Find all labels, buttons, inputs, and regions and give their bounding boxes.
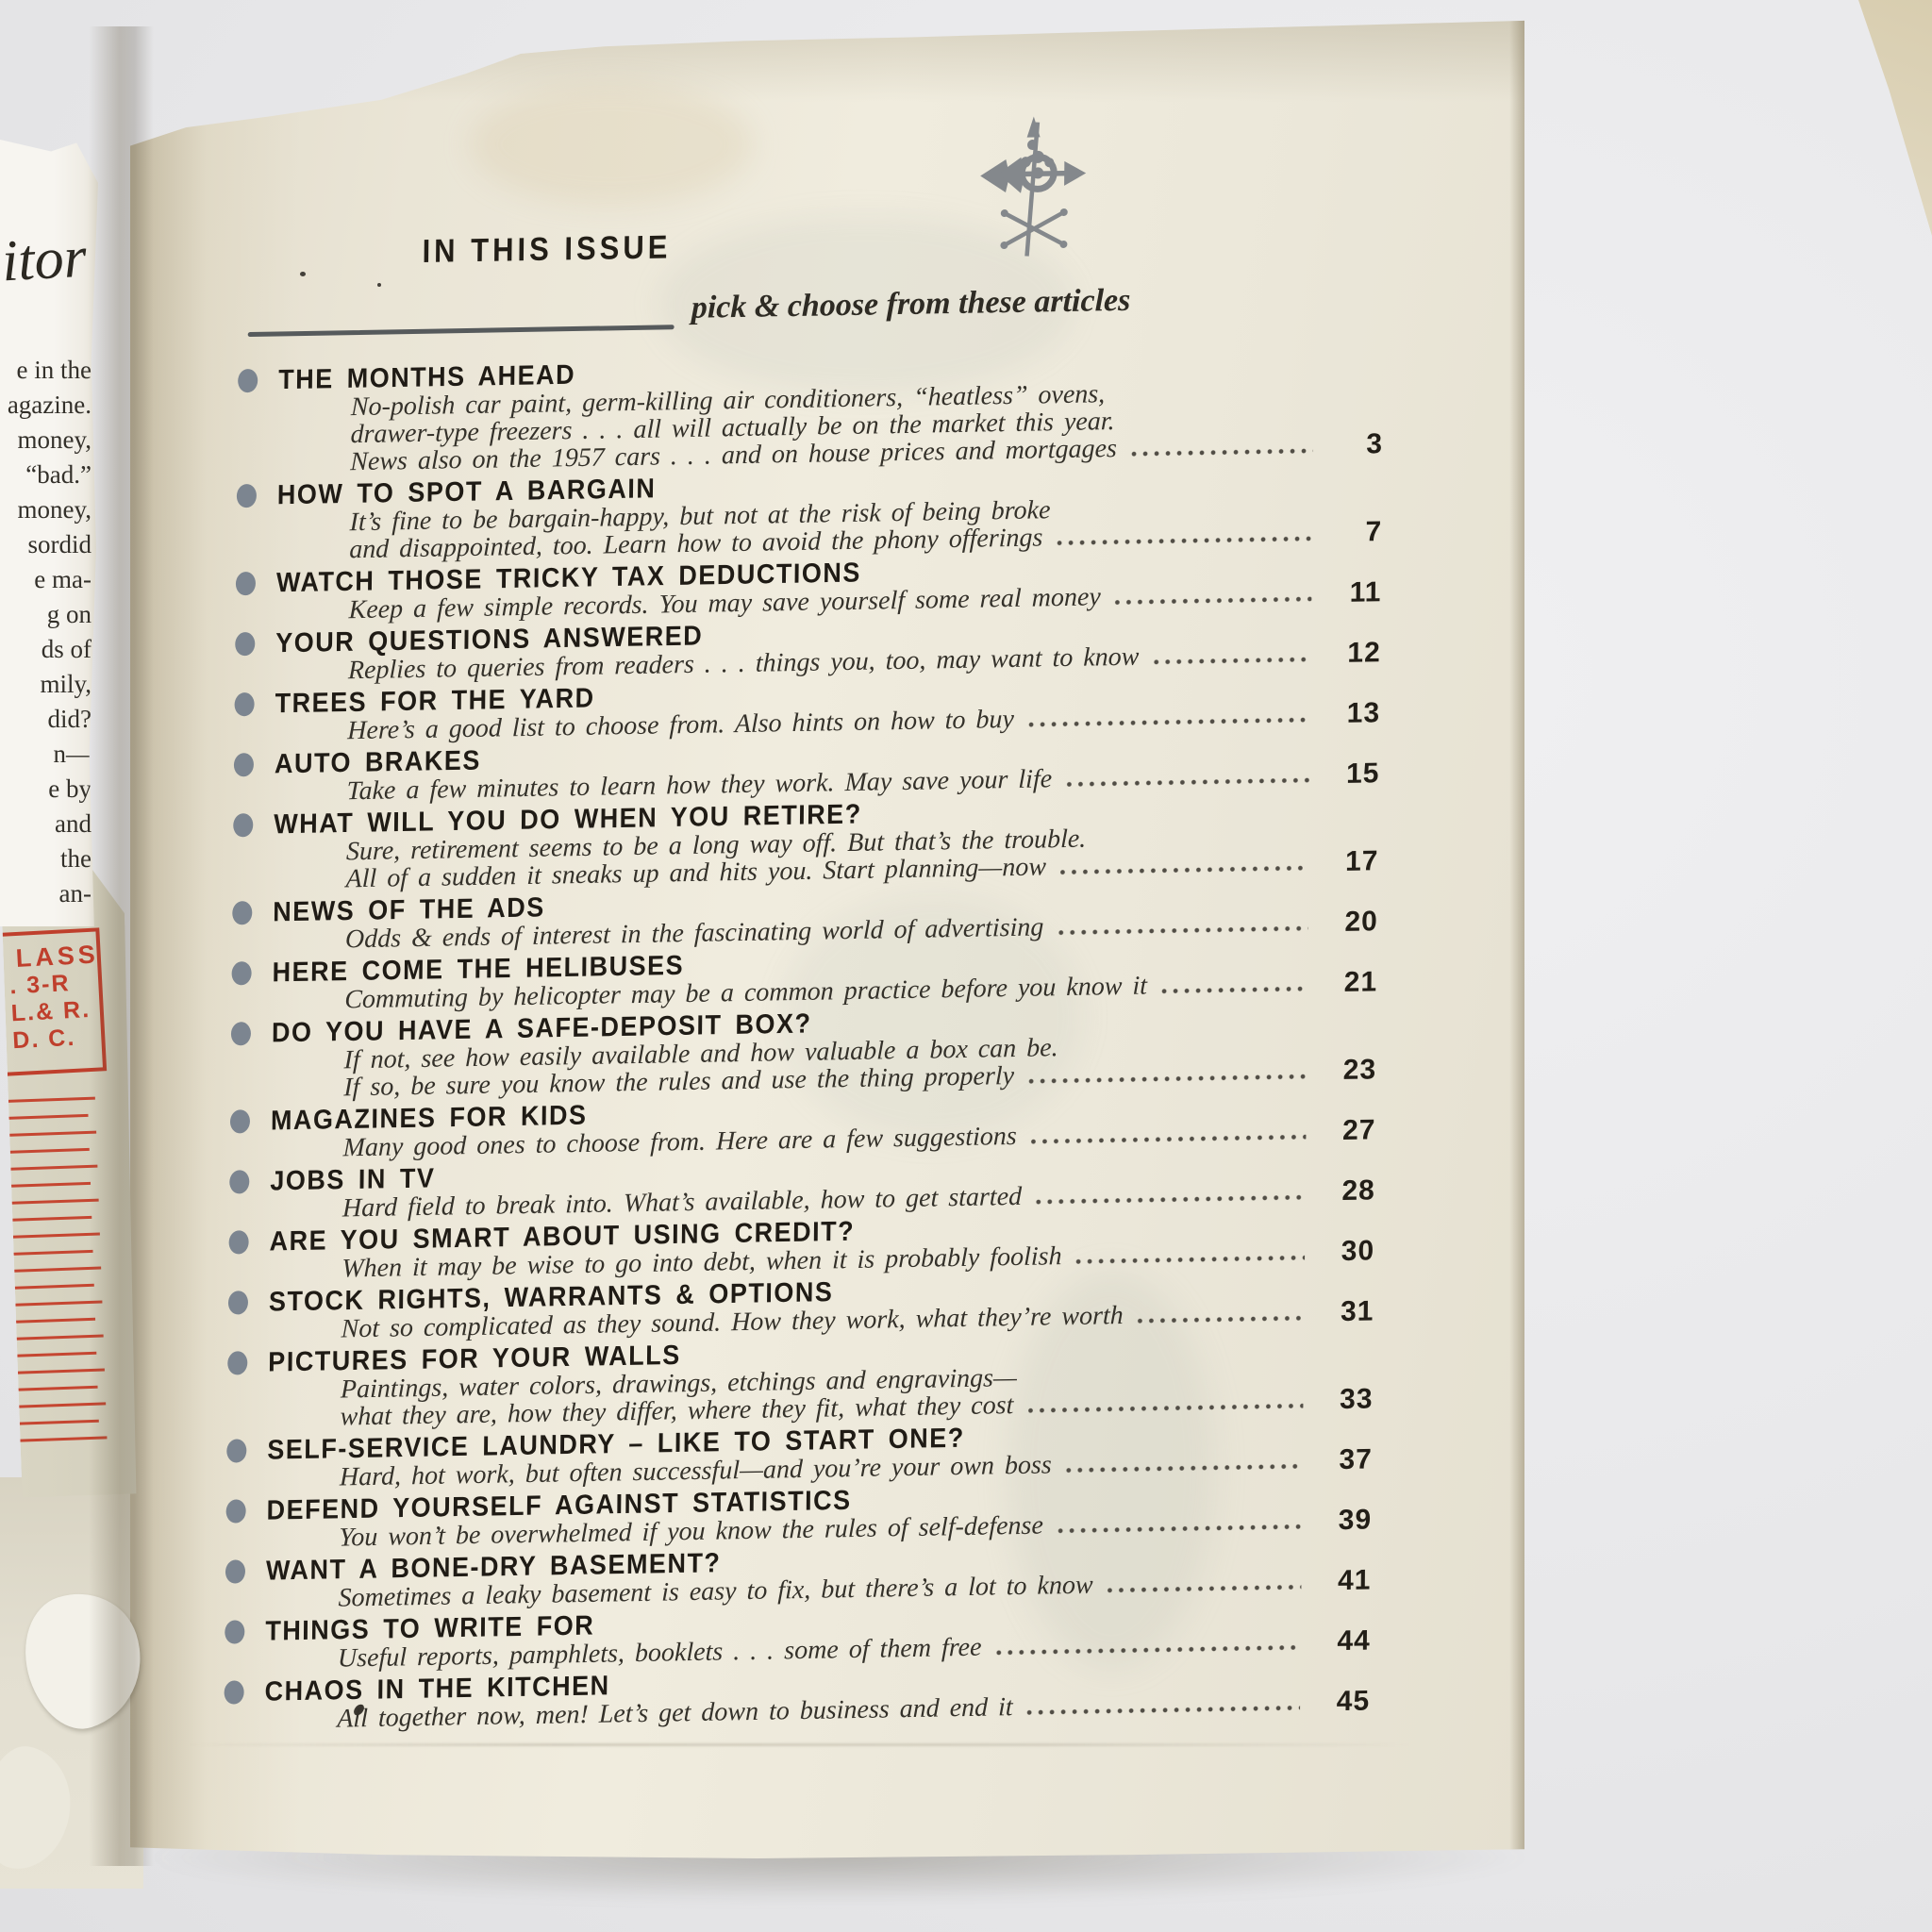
article-title: CHAOS IN THE KITCHEN: [264, 1670, 609, 1707]
text-fragment: ds of: [0, 632, 92, 667]
dotted-leader: [994, 1644, 1300, 1657]
text-fragment: “bad.”: [0, 458, 92, 492]
toc-entry: DO YOU HAVE A SAFE-DEPOSIT BOX?If not, s…: [230, 999, 1377, 1103]
page-number: 3: [1324, 430, 1383, 458]
page-number: 37: [1314, 1445, 1373, 1474]
bullet-icon: [232, 901, 252, 924]
permit-text-line: LASS: [8, 941, 97, 974]
bullet-icon: [235, 632, 255, 656]
ruled-line: [2, 1233, 100, 1240]
dotted-leader: [1026, 1403, 1303, 1414]
dotted-leader: [1065, 776, 1309, 788]
dotted-leader: [1074, 1255, 1305, 1265]
bullet-icon: [225, 1620, 244, 1643]
ruled-line: [1, 1199, 99, 1206]
ruled-line: [6, 1334, 104, 1341]
page-number: 21: [1319, 968, 1377, 996]
text-fragment: g on: [0, 597, 92, 632]
magazine-toc-page: IN THIS ISSUE pick & choose from these a…: [130, 17, 1524, 1858]
page-content: IN THIS ISSUE pick & choose from these a…: [111, 6, 1524, 1872]
text-fragment: money,: [0, 423, 92, 458]
dotted-leader: [1030, 1134, 1307, 1145]
page-number: 17: [1320, 847, 1378, 875]
page-number: 11: [1323, 578, 1381, 607]
article-title: NEWS OF THE ADS: [273, 891, 545, 928]
page-number: 28: [1317, 1176, 1375, 1205]
page-number: 20: [1320, 908, 1378, 936]
text-fragment: e in the: [0, 353, 92, 388]
dotted-leader: [1152, 656, 1310, 665]
text-fragment: e by: [0, 772, 92, 807]
ruled-line: [0, 1165, 97, 1172]
article-title: MAGAZINES FOR KIDS: [271, 1100, 588, 1137]
text-fragment: n—: [0, 737, 92, 772]
page-number: 39: [1313, 1506, 1372, 1534]
page-subtitle: pick & choose from these articles: [691, 283, 1131, 326]
ruled-line: [4, 1301, 102, 1307]
dotted-leader: [1065, 1463, 1303, 1474]
text-fragment: the: [0, 841, 92, 876]
ruled-line: [3, 1250, 93, 1256]
toc-entry: WHAT WILL YOU DO WHEN YOU RETIRE?Sure, r…: [232, 791, 1379, 894]
bullet-icon: [227, 1351, 247, 1374]
ruled-line: [5, 1318, 95, 1324]
ruled-line: [3, 1267, 101, 1274]
dotted-leader: [1035, 1194, 1306, 1206]
dotted-leader: [1057, 1524, 1302, 1535]
ruled-line: [6, 1352, 96, 1357]
ruled-line: [4, 1284, 94, 1290]
ruled-line: [8, 1402, 106, 1408]
text-fragment: agazine.: [0, 388, 92, 423]
dotted-leader: [1114, 595, 1312, 606]
dotted-leader: [1027, 716, 1310, 727]
bullet-icon: [231, 961, 251, 985]
toc-entry: HOW TO SPOT A BARGAINIt’s fine to be bar…: [236, 461, 1383, 565]
text-fragment: did?: [0, 702, 92, 737]
article-title: HOW TO SPOT A BARGAIN: [277, 473, 657, 510]
page-number: 7: [1324, 518, 1382, 546]
dotted-leader: [1027, 1074, 1307, 1085]
editor-heading-fragment: itor: [0, 225, 88, 296]
dotted-leader: [1026, 1705, 1301, 1716]
page-number: 30: [1316, 1237, 1374, 1265]
bullet-icon: [225, 1680, 244, 1704]
dotted-leader: [1057, 925, 1308, 937]
text-fragment: money,: [0, 492, 92, 527]
bullet-icon: [233, 813, 253, 837]
ruled-line: [8, 1420, 99, 1425]
toc-entry: THE MONTHS AHEADNo-polish car paint, ger…: [237, 346, 1384, 477]
bullet-icon: [225, 1559, 245, 1583]
page-number: 15: [1321, 759, 1379, 788]
yellowed-page-edge: [1819, 0, 1932, 236]
bullet-icon: [229, 1170, 249, 1193]
page-number: 44: [1312, 1626, 1371, 1655]
previous-page-edge: itor e in theagazine.money,“bad.”money,s…: [0, 140, 98, 926]
ruled-line: [0, 1148, 89, 1154]
page-number: 31: [1315, 1297, 1374, 1325]
page-number: 12: [1323, 639, 1381, 667]
subscription-card: LASS. 3-RL.& R.D. C.: [0, 856, 145, 1497]
text-fragment: and: [0, 807, 92, 841]
bullet-icon: [238, 369, 258, 392]
page-number: 23: [1318, 1056, 1376, 1084]
toc-list: THE MONTHS AHEADNo-polish car paint, ger…: [224, 346, 1384, 1739]
article-title: JOBS IN TV: [270, 1162, 435, 1197]
toc-entry: PICTURES FOR YOUR WALLSPaintings, water …: [227, 1328, 1374, 1432]
previous-page-text-fragments: e in theagazine.money,“bad.”money,sordid…: [0, 353, 92, 911]
bullet-icon: [226, 1439, 246, 1462]
article-title: THE MONTHS AHEAD: [278, 359, 575, 396]
article-title: AUTO BRAKES: [275, 745, 481, 780]
ruled-line: [0, 1097, 95, 1104]
dotted-leader: [1130, 447, 1313, 457]
ruled-line: [7, 1368, 105, 1374]
bullet-icon: [230, 1109, 250, 1133]
mailing-permit-box: LASS. 3-RL.& R.D. C.: [0, 927, 107, 1076]
permit-text-line: L.& R.: [10, 995, 100, 1027]
dotted-leader: [1107, 1584, 1302, 1594]
bullet-icon: [226, 1499, 246, 1523]
bullet-icon: [231, 1022, 251, 1045]
title-rule: [248, 325, 675, 337]
ruled-line: [0, 1114, 88, 1120]
bullet-icon: [237, 484, 257, 508]
bullet-icon: [228, 1291, 248, 1314]
page-number: 45: [1311, 1688, 1370, 1716]
dotted-leader: [1137, 1315, 1305, 1324]
dotted-leader: [1059, 865, 1309, 876]
article-title: TREES FOR THE YARD: [275, 682, 594, 719]
text-fragment: e ma-: [0, 562, 92, 597]
page-number: 41: [1312, 1566, 1371, 1594]
bullet-icon: [234, 753, 254, 776]
ruled-line: [1, 1216, 92, 1222]
weathervane-icon: [972, 115, 1096, 273]
page-title: IN THIS ISSUE: [422, 228, 671, 271]
page-number: 33: [1314, 1385, 1373, 1413]
ruled-line: [8, 1386, 98, 1391]
dotted-leader: [1160, 986, 1307, 995]
page-number: 13: [1322, 699, 1380, 727]
text-fragment: sordid: [0, 527, 92, 562]
ruled-line: [0, 1131, 96, 1138]
bullet-icon: [234, 692, 254, 716]
page-number: 27: [1317, 1116, 1375, 1144]
ruled-line: [0, 1182, 91, 1188]
permit-text-line: D. C.: [12, 1023, 102, 1055]
text-fragment: an-: [0, 876, 92, 911]
ruled-line: [8, 1436, 107, 1442]
address-ruled-lines: [0, 1097, 108, 1457]
bullet-icon: [228, 1230, 248, 1254]
bullet-icon: [236, 572, 256, 595]
article-title: THINGS TO WRITE FOR: [265, 1610, 594, 1648]
text-fragment: mily,: [0, 667, 92, 702]
dotted-leader: [1056, 535, 1312, 546]
